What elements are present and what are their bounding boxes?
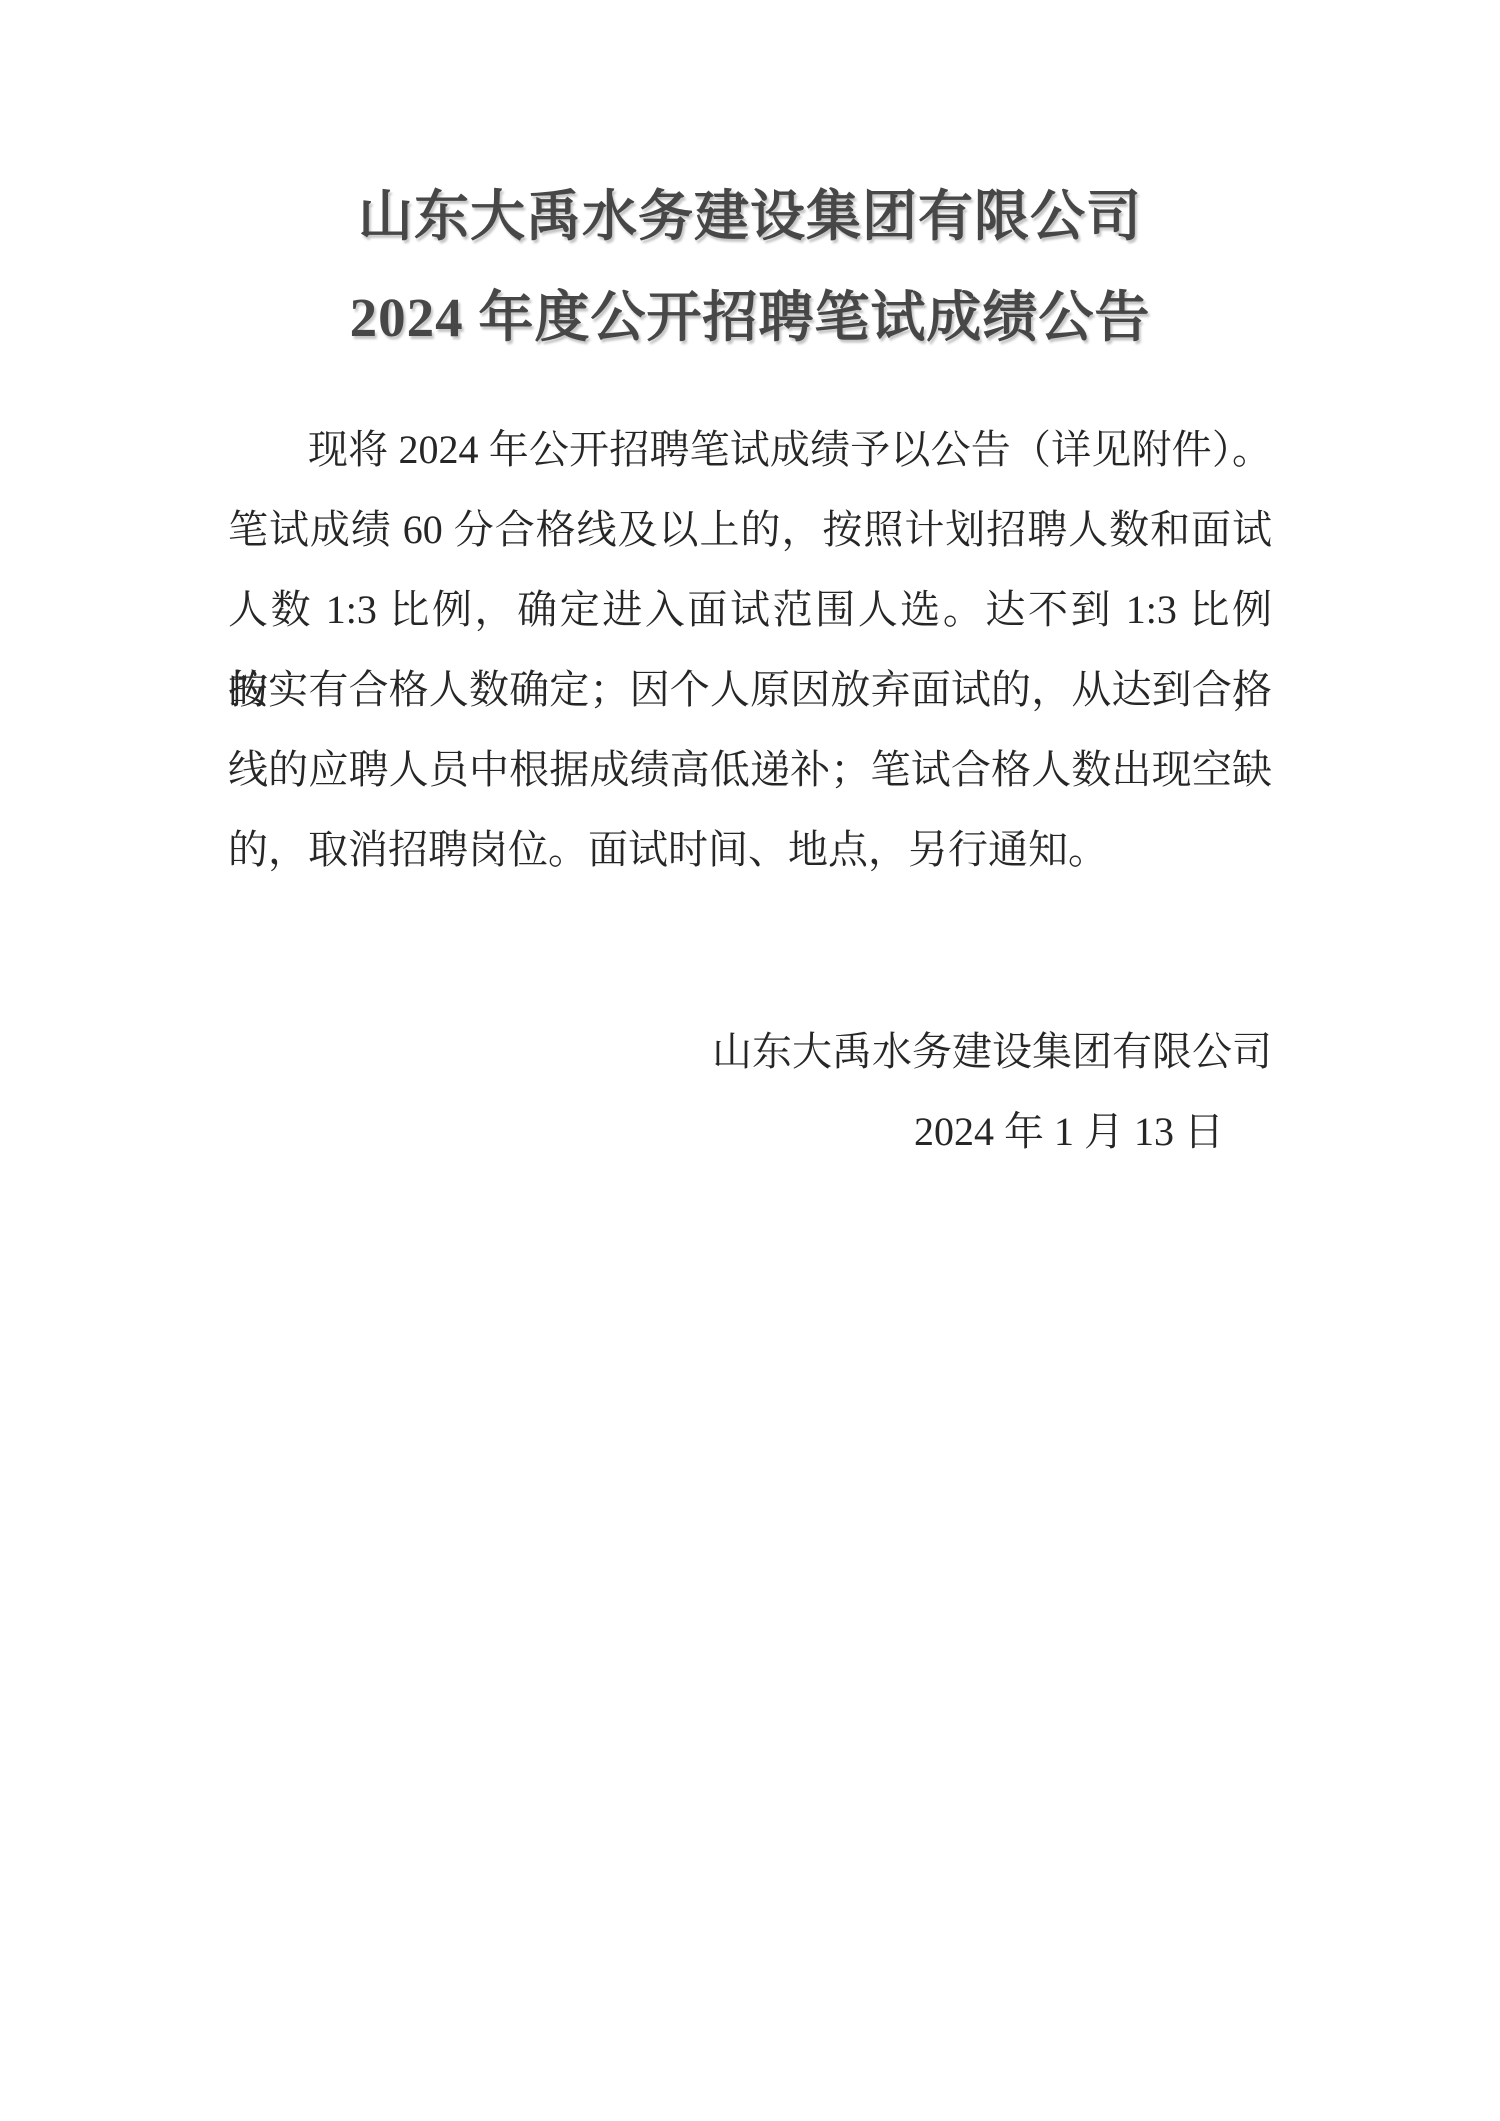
signature-date: 2024 年 1 月 13 日 xyxy=(228,1092,1272,1172)
body-paragraph: 现将 2024 年公开招聘笔试成绩予以公告（详见附件）。 笔试成绩 60 分合格… xyxy=(228,410,1272,890)
signature-company: 山东大禹水务建设集团有限公司 xyxy=(228,1012,1272,1092)
title-line-1: 山东大禹水务建设集团有限公司 xyxy=(0,166,1500,267)
document-page: 山东大禹水务建设集团有限公司 2024 年度公开招聘笔试成绩公告 现将 2024… xyxy=(0,0,1500,2121)
body-line-3: 人数 1:3 比例，确定进入面试范围人选。达不到 1:3 比例的， xyxy=(228,570,1272,650)
signature-block: 山东大禹水务建设集团有限公司 2024 年 1 月 13 日 xyxy=(228,1012,1272,1172)
body-line-1: 现将 2024 年公开招聘笔试成绩予以公告（详见附件）。 xyxy=(228,410,1272,490)
body-line-5: 线的应聘人员中根据成绩高低递补；笔试合格人数出现空缺 xyxy=(228,730,1272,810)
body-line-6: 的，取消招聘岗位。面试时间、地点，另行通知。 xyxy=(228,810,1272,890)
document-title: 山东大禹水务建设集团有限公司 2024 年度公开招聘笔试成绩公告 xyxy=(0,166,1500,368)
body-line-4: 按实有合格人数确定；因个人原因放弃面试的，从达到合格 xyxy=(228,650,1272,730)
title-line-2: 2024 年度公开招聘笔试成绩公告 xyxy=(0,267,1500,368)
body-line-2: 笔试成绩 60 分合格线及以上的，按照计划招聘人数和面试 xyxy=(228,490,1272,570)
